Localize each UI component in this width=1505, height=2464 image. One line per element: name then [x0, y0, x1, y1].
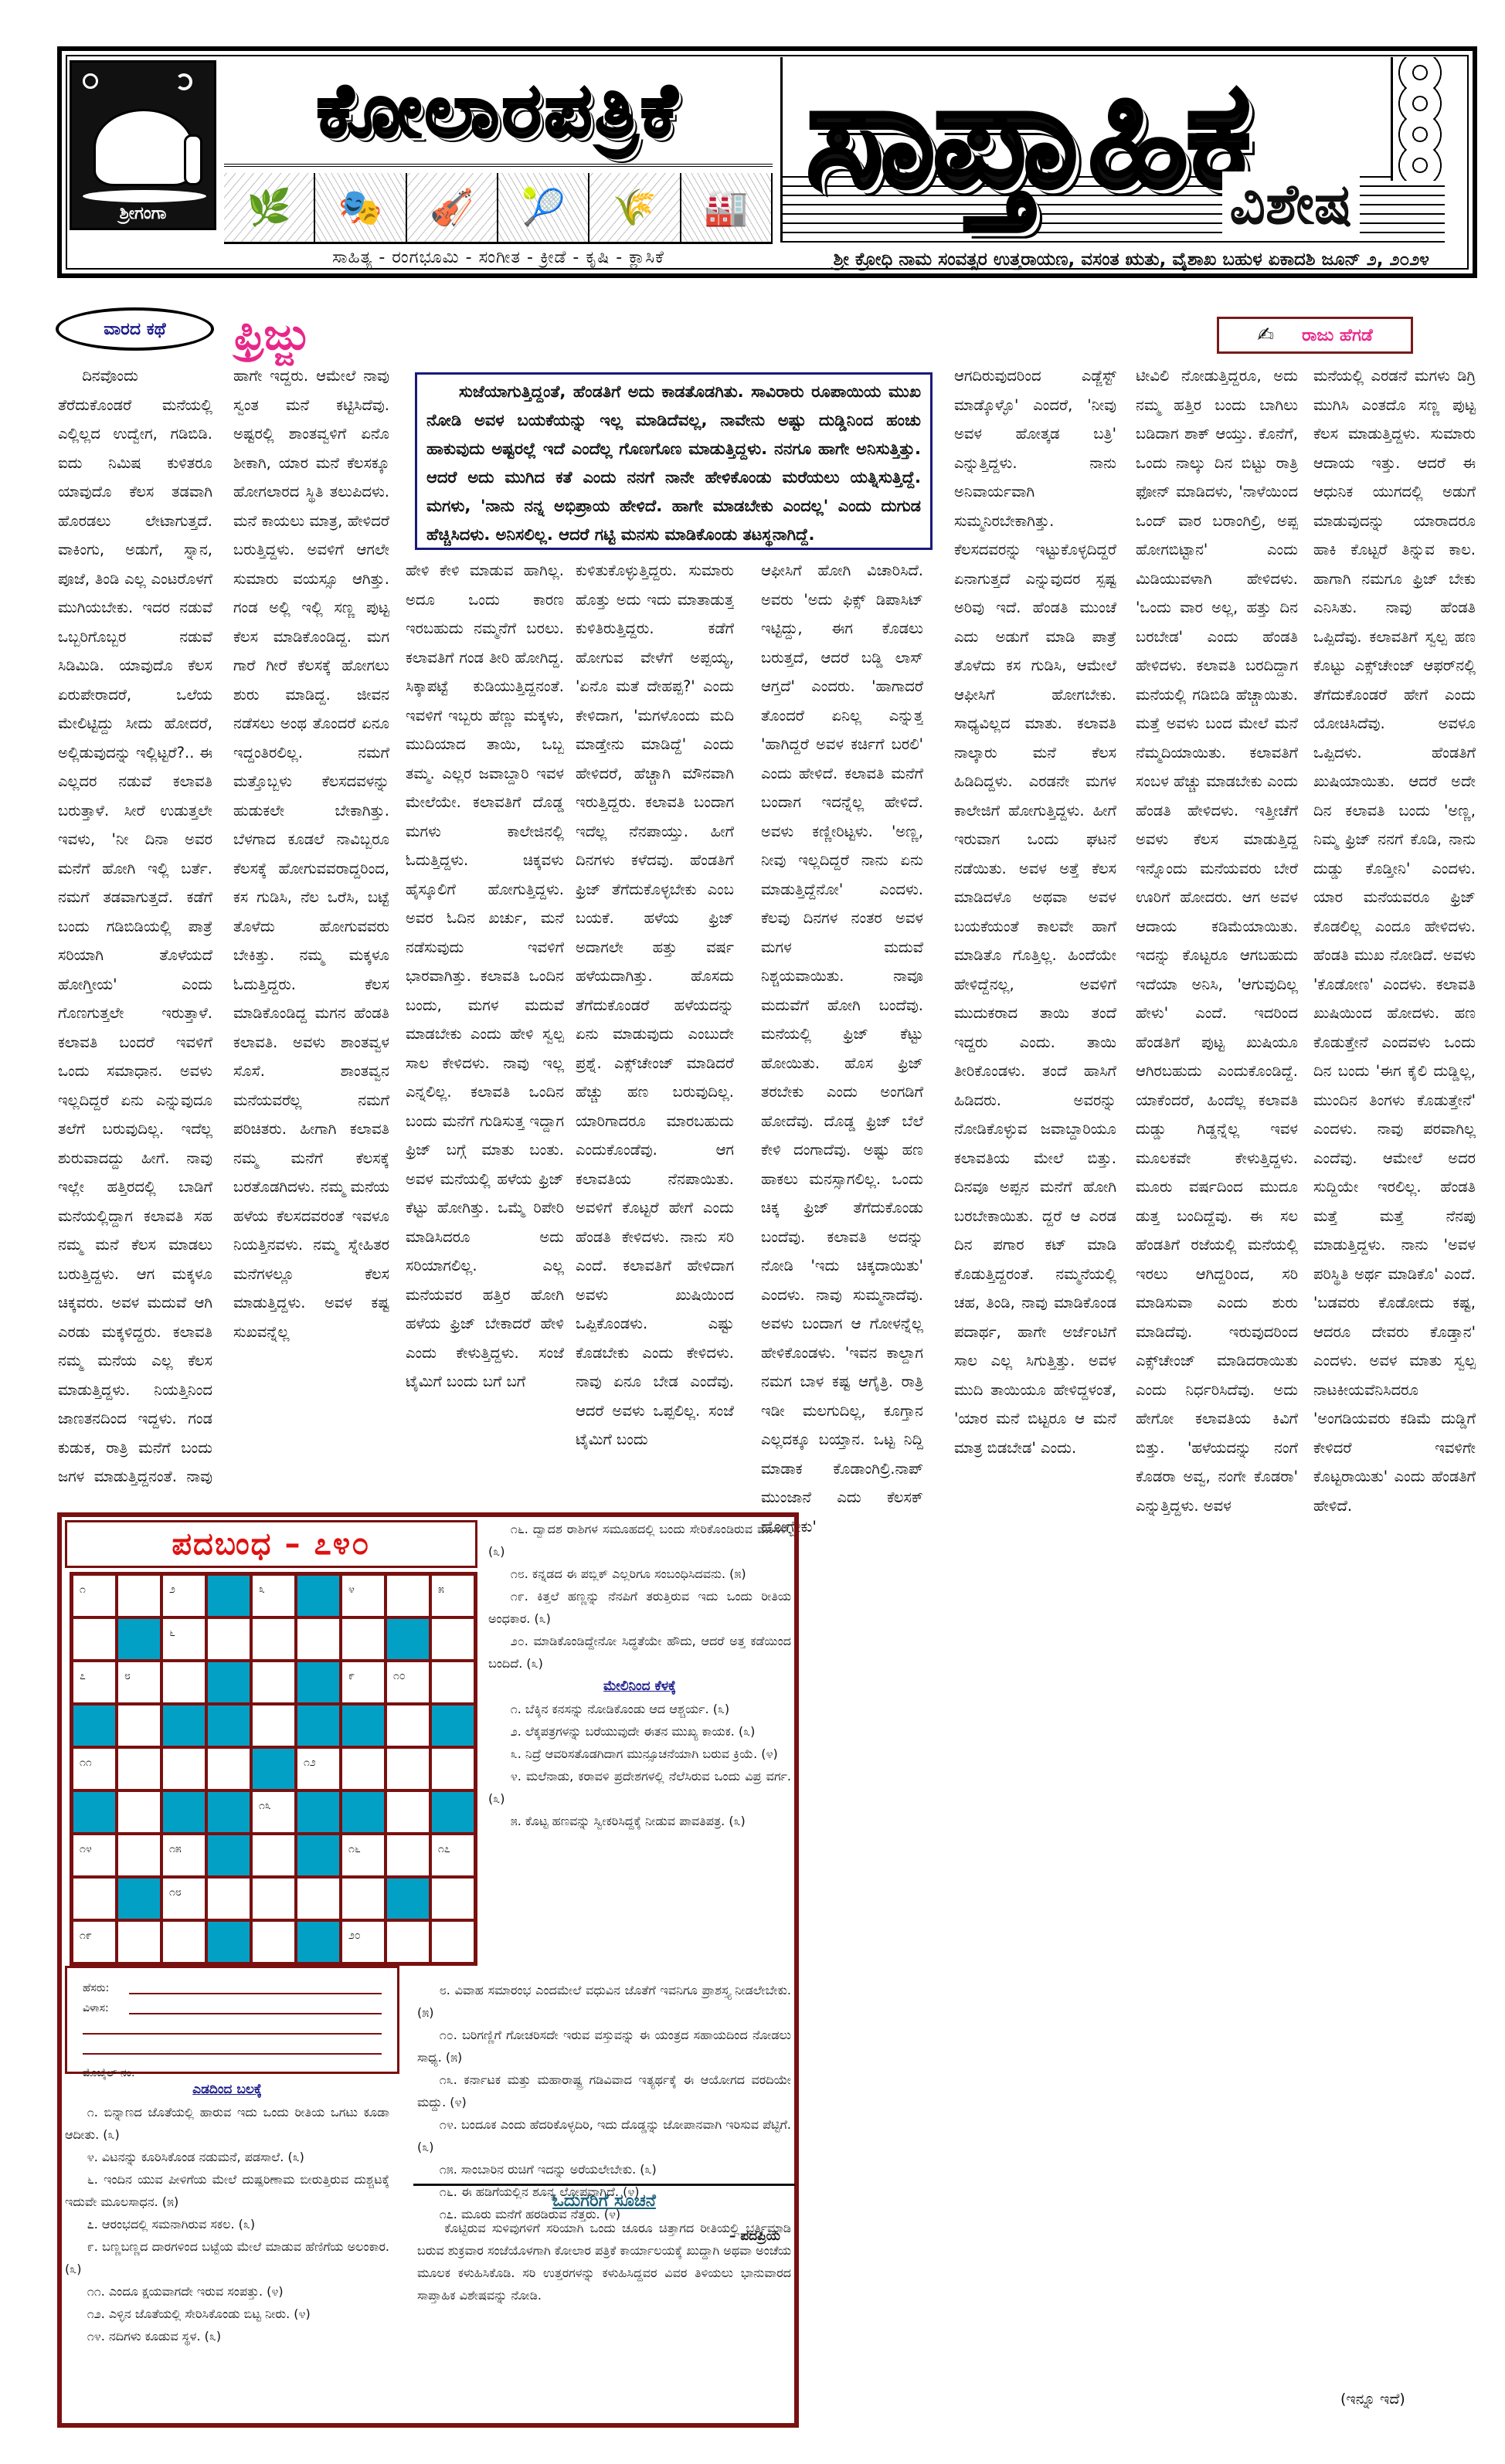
crossword-grid[interactable]: ೧೨೩೪೫೬೭೮೯೧೦೧೧೧೨೧೩೧೪೧೫೧೬೧೭೧೮೧೯೨೦ — [70, 1572, 477, 1966]
crossword-cell[interactable] — [386, 1574, 430, 1617]
crossword-cell[interactable] — [117, 1704, 161, 1747]
clue-number: ೬ — [169, 1627, 175, 1639]
byline: ✍ ರಾಜು ಹೆಗಡೆ — [1217, 317, 1413, 354]
address-field-line-2[interactable] — [83, 2024, 382, 2035]
crossword-block-cell — [206, 1704, 251, 1747]
clue-number: ೧೩ — [259, 1800, 271, 1812]
clue-number: ೧೮ — [169, 1886, 182, 1899]
divider — [413, 2184, 795, 2186]
clue-number: ೧೬ — [348, 1843, 361, 1855]
crossword-block-cell — [341, 1790, 386, 1834]
crossword-cell[interactable] — [117, 1790, 161, 1834]
moon-icon — [175, 73, 192, 90]
supplement-subtitle: ವಿಶೇಷ — [1222, 171, 1360, 238]
clue-number: ೯ — [348, 1670, 355, 1682]
clue-number: ೪ — [348, 1583, 355, 1596]
crossword-cell[interactable] — [251, 1877, 296, 1920]
crossword-cell[interactable]: ೨೦ — [341, 1920, 386, 1963]
crossword-cell[interactable]: ೧೩ — [251, 1790, 296, 1834]
crossword-cell[interactable] — [161, 1661, 206, 1704]
crossword-cell[interactable] — [251, 1661, 296, 1704]
crossword-cell[interactable] — [386, 1704, 430, 1747]
crossword-cell[interactable] — [296, 1617, 341, 1661]
crossword-cell[interactable] — [341, 1617, 386, 1661]
crossword-cell[interactable]: ೧೬ — [341, 1834, 386, 1877]
clue-down-1: ೧. ಬೆಕ್ಕಿನ ಕನಸನ್ನು ನೋಡಿಕೊಂಡು ಆದ ಆಶ್ಚರ್ಯ.… — [488, 1698, 791, 1720]
article-column-2: ಹಾಗೇ ಇದ್ದರು. ಆಮೇಲೆ ನಾವು ಸ್ವಂತ ಮನೆ ಕಟ್ಟಿಸ… — [233, 361, 389, 1497]
crossword-cell[interactable]: ೪ — [341, 1574, 386, 1617]
crossword-cell[interactable] — [117, 1747, 161, 1790]
crossword-block-cell — [251, 1747, 296, 1790]
address-label: ವಿಳಾಸ: — [83, 2002, 126, 2014]
clue-down-15: ೧೫. ಸಾಂಬಾರಿನ ರುಚಿಗೆ ಇದನ್ನು ಅರೆಯಲೇಬೇಕು. (… — [417, 2158, 791, 2181]
crossword-cell[interactable]: ೧೮ — [161, 1877, 206, 1920]
crossword-block-cell — [72, 1790, 117, 1834]
clue-number: ೨೦ — [348, 1929, 361, 1942]
across-and-down-clues: ೧೬. ದ್ವಾದಶ ರಾಶಿಗಳ ಸಮೂಹದಲ್ಲಿ ಬಂದು ಸೇರಿಕೊಂ… — [488, 1518, 791, 1832]
clue-across-16: ೧೬. ದ್ವಾದಶ ರಾಶಿಗಳ ಸಮೂಹದಲ್ಲಿ ಬಂದು ಸೇರಿಕೊಂ… — [488, 1518, 791, 1563]
crossword-block-cell — [341, 1704, 386, 1747]
crossword-cell[interactable] — [206, 1617, 251, 1661]
crossword-block-cell — [206, 1574, 251, 1617]
section-label: ವಾರದ ಕಥೆ — [56, 307, 214, 351]
article-column-6: ಆಗದಿರುವುದರಿಂದ ಎಡ್ಜೆಸ್ಟ್ ಮಾಡ್ಕೊಳ್ಳೊ' ಎಂದರ… — [954, 361, 1116, 2424]
factory-icon: 🏭 — [681, 173, 773, 242]
crossword-cell[interactable] — [341, 1877, 386, 1920]
crossword-block-cell — [386, 1617, 430, 1661]
clue-across-6: ೬. ಇಂದಿನ ಯುವ ಪೀಳಿಗೆಯ ಮೇಲೆ ದುಷ್ಪರಿಣಾಮ ಬೀರ… — [65, 2168, 389, 2213]
theatre-masks-icon: 🎭 — [315, 173, 406, 242]
clue-number: ೧೫ — [169, 1843, 182, 1855]
clue-across-7: ೭. ಆರಂಭದಲ್ಲಿ ಸಮನಾಗಿರುವ ಸಕಲ. (೩) — [65, 2213, 389, 2235]
crossword-block-cell — [206, 1661, 251, 1704]
clue-number: ೫ — [438, 1583, 444, 1596]
wheat-icon: 🌾 — [589, 173, 681, 242]
author-name: ರಾಜು ಹೆಗಡೆ — [1302, 326, 1373, 345]
article-column-7: ಟೀವಿಲಿ ನೋಡುತ್ತಿದ್ದರೂ, ಅದು ನಮ್ಮ ಹತ್ತಿರ ಬಂ… — [1136, 361, 1298, 2424]
clue-across-9: ೯. ಬಣ್ಣಬಣ್ಣದ ದಾರಗಳಿಂದ ಬಟ್ಟೆಯ ಮೇಲೆ ಮಾಡುವ … — [65, 2235, 389, 2280]
name-field[interactable] — [129, 1984, 382, 1994]
crossword-border-right — [794, 1512, 799, 2428]
crossword-cell[interactable] — [251, 1704, 296, 1747]
masthead-art-strip: 🌿 🎭 🎻 🎾 🌾 🏭 — [224, 173, 773, 244]
veena-icon: 🎻 — [407, 173, 498, 242]
tennis-racket-icon: 🎾 — [498, 173, 589, 242]
entry-form: ಹೆಸರು: ವಿಳಾಸ: ಮೊಬೈಲ್ ನಂ. — [65, 1966, 399, 2074]
crossword-cell[interactable] — [251, 1617, 296, 1661]
ornament-border-icon — [1391, 57, 1445, 181]
crossword-block-cell — [430, 1790, 475, 1834]
crossword-block-cell — [206, 1834, 251, 1877]
crossword-cell[interactable] — [430, 1877, 475, 1920]
across-clues: ಎಡದಿಂದ ಬಲಕ್ಕೆ ೧. ಬಿನ್ನಾಣದ ಜೊತೆಯಲ್ಲಿ ಹಾರು… — [65, 2078, 389, 2347]
article-column-8: ಮನೆಯಲ್ಲಿ ಎರಡನೆ ಮಗಳು ಡಿಗ್ರಿ ಮುಗಿಸಿ ಎಂತದೊ … — [1313, 361, 1476, 2385]
crossword-block-cell — [117, 1877, 161, 1920]
crossword-block-cell — [296, 1661, 341, 1704]
crossword-cell[interactable] — [296, 1877, 341, 1920]
clue-number: ೧೪ — [80, 1843, 92, 1855]
clue-across-14: ೧೪. ನದಿಗಳು ಕೂಡುವ ಸ್ಥಳ. (೩) — [65, 2325, 389, 2347]
clue-across-20: ೨೦. ಮಾಡಿಕೊಂಡಿದ್ದೇನೋ ಸಿದ್ಧತೆಯೇ ಹೌದು, ಆದರೆ… — [488, 1630, 791, 1675]
crossword-cell[interactable]: ೧೨ — [296, 1747, 341, 1790]
crossword-cell[interactable]: ೭ — [72, 1661, 117, 1704]
date-line: ಶ್ರೀ ಕ್ರೋಧಿ ನಾಮ ಸಂವತ್ಸರ ಉತ್ತರಾಯಣ, ವಸಂತ ಋ… — [780, 247, 1445, 272]
crossword-block-cell — [117, 1617, 161, 1661]
sun-icon — [83, 73, 98, 89]
crossword-cell[interactable] — [117, 1920, 161, 1963]
crossword-cell[interactable]: ೧೭ — [430, 1834, 475, 1877]
crossword-cell[interactable] — [117, 1834, 161, 1877]
crossword-cell[interactable] — [430, 1617, 475, 1661]
stage-icon — [83, 190, 206, 202]
crossword-block-cell — [296, 1920, 341, 1963]
crossword-cell[interactable] — [386, 1747, 430, 1790]
article-column-1: ದಿನವೊಂದು ತೆರೆದುಕೊಂಡರೆ ಮನೆಯಲ್ಲಿ ಎಲ್ಲಿಲ್ಲದ… — [58, 361, 212, 1497]
clue-number: ೧೨ — [304, 1756, 316, 1769]
clue-down-14: ೧೪. ಬಂದೂಕ ಎಂದು ಹೆದರಿಕೊಳ್ಳದಿರಿ, ಇದು ದೊಡ್ಡ… — [417, 2113, 791, 2158]
masthead-subtitle: ಸಾಹಿತ್ಯ - ರಂಗಭೂಮಿ - ಸಂಗೀತ - ಕ್ರೀಡೆ - ಕೃಷ… — [224, 246, 773, 270]
address-field-line-3[interactable] — [83, 2044, 382, 2055]
clue-number: ೭ — [80, 1670, 86, 1682]
clue-down-8: ೮. ವಿವಾಹ ಸಮಾರಂಭ ಎಂದಮೇಲೆ ವಧುವಿನ ಜೊತೆಗೆ ಇವ… — [417, 1979, 791, 2024]
crossword-block-cell — [161, 1790, 206, 1834]
crossword-cell[interactable] — [430, 1661, 475, 1704]
crossword-block-cell — [296, 1574, 341, 1617]
masthead-title-text: ಕೋಲಾರಪತ್ರಿಕೆ — [317, 67, 680, 155]
crossword-cell[interactable]: ೧೫ — [161, 1834, 206, 1877]
crossword-cell[interactable]: ೧ — [72, 1574, 117, 1617]
crossword-block-cell — [296, 1790, 341, 1834]
clue-number: ೧ — [80, 1583, 86, 1596]
crossword-cell[interactable] — [430, 1747, 475, 1790]
across-heading: ಎಡದಿಂದ ಬಲಕ್ಕೆ — [65, 2078, 389, 2101]
logo-caption: ಶ್ರೀಗಂಗಾ — [72, 204, 214, 223]
crossword-title: ಪದಬಂಧ – ೭೪೦ — [65, 1520, 477, 1568]
continued-label: (ಇನ್ನೂ ಇದೆ) — [1340, 2391, 1405, 2408]
clue-across-19: ೧೯. ಕಿತ್ತಲೆ ಹಣ್ಣನ್ನು ನೆನಪಿಗೆ ತರುತ್ತಿರುವ … — [488, 1585, 791, 1630]
clue-across-4: ೪. ವಿಟನನ್ನು ಕೂರಿಸಿಕೊಂಡ ನಡುಮನೆ, ಪಡಸಾಲೆ. (… — [65, 2146, 389, 2168]
clue-number: ೧೦ — [393, 1670, 406, 1682]
pen-icon: ✍ — [1257, 324, 1274, 347]
crossword-cell[interactable] — [161, 1920, 206, 1963]
crossword-cell[interactable] — [161, 1747, 206, 1790]
crossword-cell[interactable]: ೧೦ — [386, 1661, 430, 1704]
crossword-cell[interactable] — [251, 1834, 296, 1877]
clue-number: ೩ — [259, 1583, 265, 1596]
crossword-block-cell — [206, 1790, 251, 1834]
elephant-icon — [93, 109, 194, 186]
newspaper-logo: ಶ್ರೀಗಂಗಾ — [70, 60, 216, 230]
clue-down-13: ೧೩. ಕರ್ನಾಟಕ ಮತ್ತು ಮಹಾರಾಷ್ಟ್ರ ಗಡಿವಿವಾದ ಇತ… — [417, 2069, 791, 2113]
crossword-cell[interactable] — [386, 1920, 430, 1963]
address-field[interactable] — [129, 2004, 382, 2014]
crossword-block-cell — [296, 1704, 341, 1747]
crossword-cell[interactable] — [386, 1790, 430, 1834]
crossword-cell[interactable]: ೨ — [161, 1574, 206, 1617]
crossword-cell[interactable] — [206, 1877, 251, 1920]
clue-number: ೮ — [124, 1670, 131, 1682]
crossword-block-cell — [161, 1704, 206, 1747]
article-column-3: ಹೇಳಿ ಕೇಳಿ ಮಾಡುವ ಹಾಗಿಲ್ಲ. ಅದೂ ಒಂದು ಕಾರಣ ಇ… — [406, 556, 564, 1497]
clue-number: ೧೧ — [80, 1756, 92, 1769]
crossword-block-cell — [206, 1920, 251, 1963]
clue-number: ೧೭ — [438, 1843, 450, 1855]
clue-down-5: ೫. ಕೊಟ್ಟ ಹಣವನ್ನು ಸ್ವೀಕರಿಸಿದ್ದಕ್ಕೆ ನೀಡುವ … — [488, 1810, 791, 1832]
clue-down-4: ೪. ಮಲೆನಾಡು, ಕರಾವಳಿ ಪ್ರದೇಶಗಳಲ್ಲಿ ನೆಲೆಸಿರು… — [488, 1765, 791, 1810]
masthead-title: ಕೋಲಾರಪತ್ರಿಕೆ — [224, 59, 773, 167]
crossword-cell[interactable]: ೮ — [117, 1661, 161, 1704]
crossword-cell[interactable]: ೧೧ — [72, 1747, 117, 1790]
clue-down-3: ೩. ನಿದ್ರೆ ಆವರಿಸತೊಡಗಿದಾಗ ಮುನ್ಸೂಚನೆಯಾಗಿ ಬರ… — [488, 1743, 791, 1765]
crossword-cell[interactable] — [72, 1877, 117, 1920]
clue-down-10: ೧೦. ಬರಿಗಣ್ಣಿಗೆ ಗೋಚರಿಸದೇ ಇರುವ ವಸ್ತುವನ್ನು … — [417, 2024, 791, 2069]
down-heading: ಮೇಲಿನಿಂದ ಕೆಳಕ್ಕೆ — [488, 1675, 791, 1698]
masthead: ಶ್ರೀಗಂಗಾ ಕೋಲಾರಪತ್ರಿಕೆ 🌿 🎭 🎻 🎾 🌾 🏭 ಸಾಹಿತ್… — [57, 46, 1477, 278]
clue-down-2: ೨. ಲೆಕ್ಕಪತ್ರಗಳನ್ನು ಬರೆಯುವುದೇ ಈತನ ಮುಖ್ಯ ಕ… — [488, 1720, 791, 1743]
crossword-block-cell — [296, 1834, 341, 1877]
reader-note-title: ಓದುಗರಿಗೆ ಸೂಚನೆ — [417, 2187, 791, 2215]
crossword-cell[interactable] — [341, 1747, 386, 1790]
crossword-cell[interactable]: ೯ — [341, 1661, 386, 1704]
clue-number: ೧೯ — [80, 1929, 92, 1942]
clue-across-18: ೧೮. ಕನ್ನಡದ ಈ ಪಬ್ಲಿಕ್ ಎಲ್ಲರಿಗೂ ಸಂಬಂಧಿಸಿದವ… — [488, 1563, 791, 1585]
crossword-cell[interactable] — [206, 1747, 251, 1790]
crossword-cell[interactable] — [72, 1617, 117, 1661]
crossword-block-cell — [72, 1704, 117, 1747]
crossword-cell[interactable]: ೫ — [430, 1574, 475, 1617]
plant-pot-icon: 🌿 — [224, 173, 315, 242]
article-headline: ಫ್ರಿಜ್ಜು — [234, 311, 310, 360]
supplement-title-text: ಸಾಪ್ತಾಹಿಕ — [806, 57, 1249, 222]
crossword-cell[interactable]: ೬ — [161, 1617, 206, 1661]
pull-quote: ಸುಜೆಯಾಗುತ್ತಿದ್ದಂತೆ, ಹೆಂಡತಿಗೆ ಅದು ಕಾಡತೊಡಗ… — [415, 372, 933, 550]
crossword-cell[interactable] — [386, 1834, 430, 1877]
crossword-cell[interactable] — [117, 1574, 161, 1617]
crossword-block-cell — [386, 1877, 430, 1920]
crossword-cell[interactable]: ೩ — [251, 1574, 296, 1617]
reader-note: ಕೊಟ್ಟಿರುವ ಸುಳಿವುಗಳಿಗೆ ಸರಿಯಾಗಿ ಒಂದು ಚೂರೂ … — [417, 2217, 791, 2306]
clue-across-12: ೧೨. ಎಳ್ಳಿನ ಜೊತೆಯಲ್ಲಿ ಸೇರಿಸಿಕೊಂಡು ಬಿಟ್ಟ ನ… — [65, 2303, 389, 2325]
crossword-cell[interactable]: ೧೯ — [72, 1920, 117, 1963]
crossword-cell[interactable] — [430, 1920, 475, 1963]
clue-number: ೨ — [169, 1583, 175, 1596]
crossword-cell[interactable] — [251, 1920, 296, 1963]
clue-across-11: ೧೧. ಎಂದೂ ಕ್ಷಯವಾಗದೇ ಇರುವ ಸಂಪತ್ತು. (೪) — [65, 2280, 389, 2303]
crossword-block-cell — [430, 1704, 475, 1747]
crossword-cell[interactable]: ೧೪ — [72, 1834, 117, 1877]
supplement-title: ಸಾಪ್ತಾಹಿಕ ವಿಶೇಷ — [780, 57, 1445, 243]
article-column-4: ಕುಳಿತುಕೊಳ್ಳುತ್ತಿದ್ದರು. ಸುಮಾರು ಹೊತ್ತು ಅದು… — [576, 556, 734, 1497]
name-label: ಹೆಸರು: — [83, 1982, 126, 1994]
clue-across-1: ೧. ಬಿನ್ನಾಣದ ಜೊತೆಯಲ್ಲಿ ಹಾರುವ ಇದು ಒಂದು ರೀತ… — [65, 2101, 389, 2146]
